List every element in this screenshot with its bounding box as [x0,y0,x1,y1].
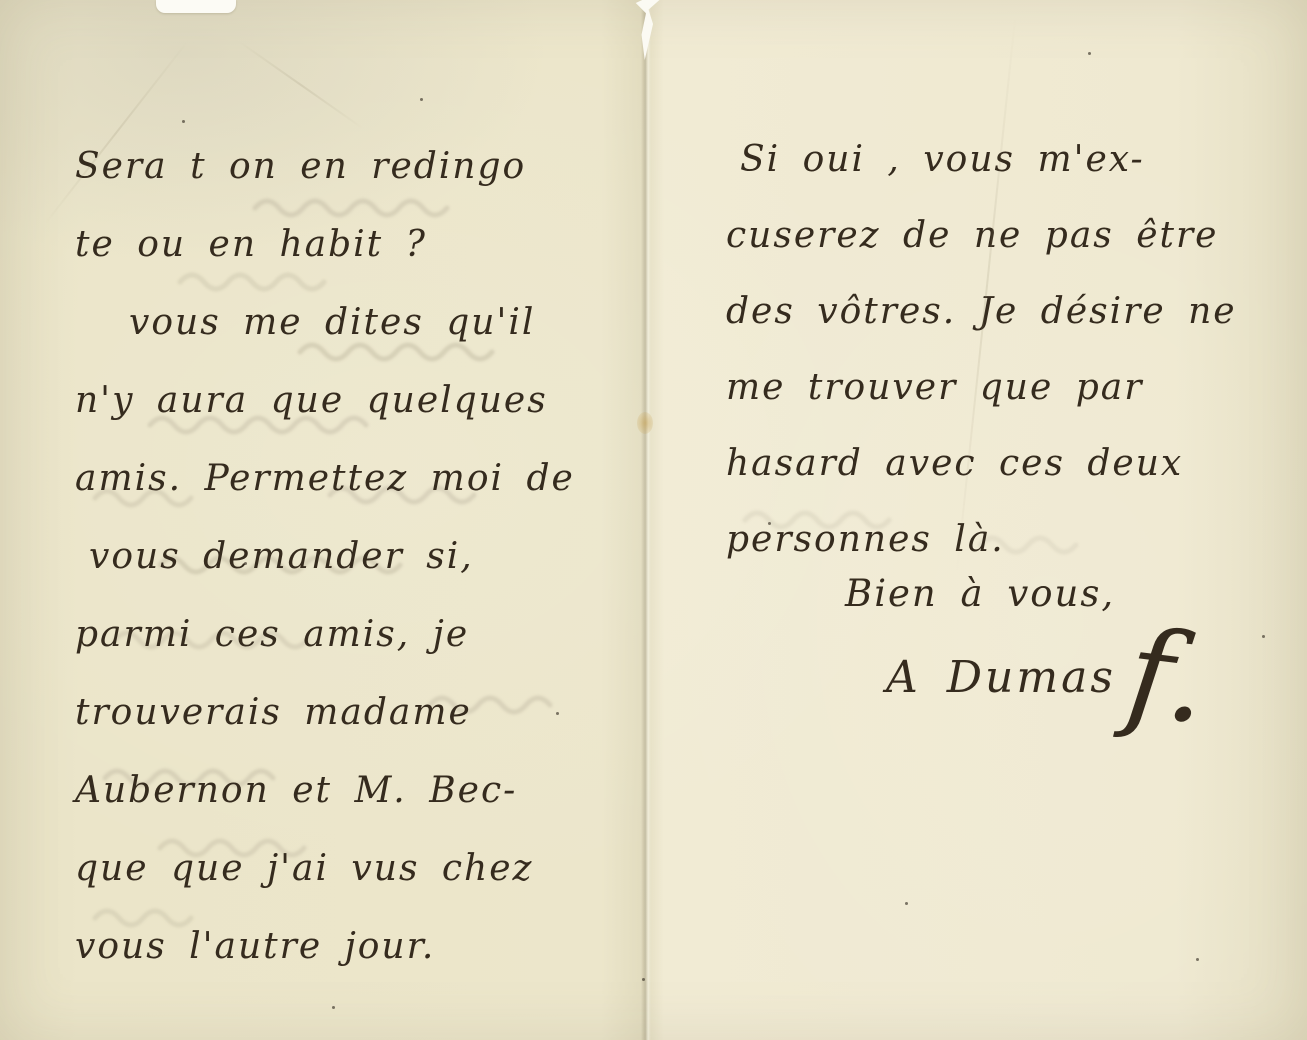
paper-stain [637,412,653,434]
paper-speck [1262,635,1265,638]
handwriting-line: Sera t on en redingo [75,128,575,206]
handwriting-line: vous l'autre jour. [75,908,575,986]
paper-speck [905,902,908,905]
paper-speck [182,120,185,123]
handwriting-line: me trouver que par [726,350,1237,426]
paper-speck [642,978,645,981]
handwriting-line: Aubernon et M. Bec- [75,752,575,830]
paper-speck [244,562,247,565]
signature: A Dumas [886,652,1116,703]
right-page: Si oui , vous m'ex- cuserez de ne pas êt… [726,122,1237,578]
handwriting-line: amis. Permettez moi de [75,440,575,518]
left-page: Sera t on en redingo te ou en habit ? vo… [75,128,575,986]
handwriting-line: n'y aura que quelques [75,362,575,440]
paper-notch [156,0,236,13]
closing-salutation: Bien à vous, [845,572,1115,615]
signature-flourish: f. [1121,614,1213,743]
handwriting-line: hasard avec ces deux [726,426,1237,502]
handwriting-line: cuserez de ne pas être [726,198,1237,274]
handwriting-line: Si oui , vous m'ex- [726,122,1237,198]
handwriting-line: trouverais madame [75,674,575,752]
paper-speck [768,522,771,525]
handwriting-line: que que j'ai vus chez [75,830,575,908]
handwriting-line: vous demander si, [75,518,575,596]
paper-speck [1196,958,1199,961]
paper-speck [556,712,559,715]
handwriting-line: parmi ces amis, je [75,596,575,674]
paper-speck [420,98,423,101]
paper-speck [1152,232,1155,235]
handwriting-line: vous me dites qu'il [75,284,575,362]
fold-crease [641,0,651,1040]
paper-speck [332,1006,335,1009]
paper-speck [1088,52,1091,55]
handwriting-line: personnes là. [726,502,1237,578]
handwriting-line: te ou en habit ? [75,206,575,284]
